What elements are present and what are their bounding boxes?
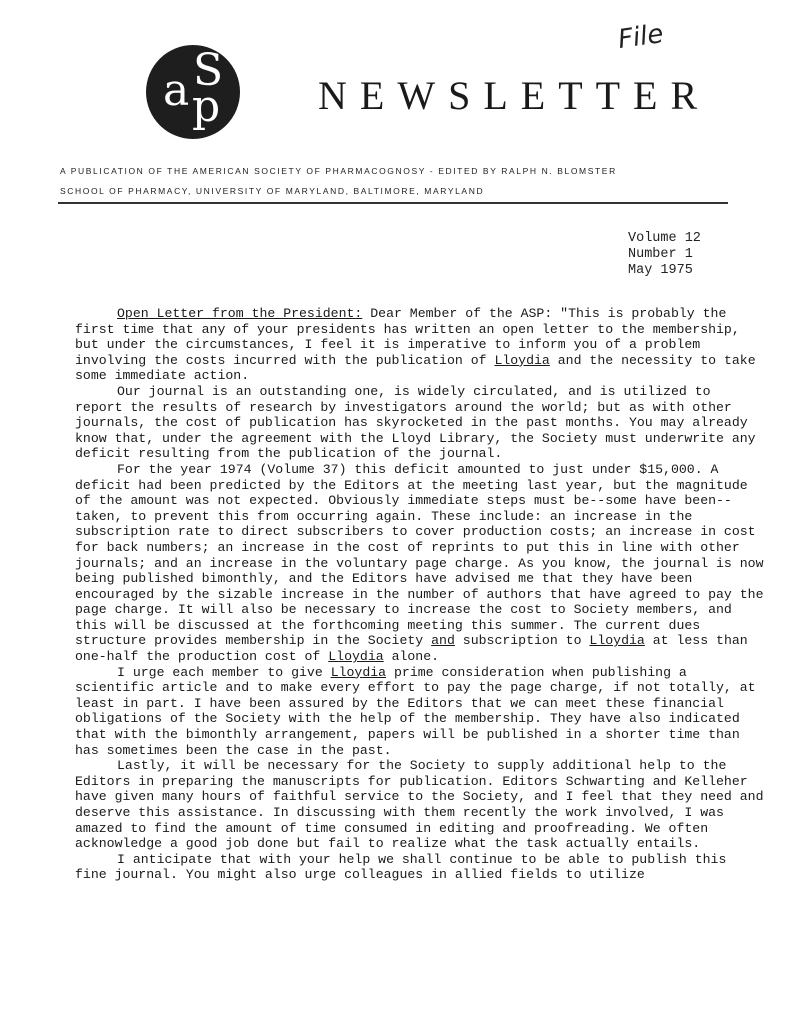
journal-name: Lloydia [494, 353, 549, 368]
journal-name: Lloydia [328, 649, 383, 664]
logo-letter-a: a [163, 69, 189, 113]
paragraph-3: For the year 1974 (Volume 37) this defic… [75, 462, 765, 665]
school-line: SCHOOL OF PHARMACY, UNIVERSITY OF MARYLA… [60, 186, 484, 196]
paragraph-5: Lastly, it will be necessary for the Soc… [75, 758, 765, 852]
handwritten-note: File [616, 19, 665, 55]
logo-letter-p: p [192, 85, 220, 129]
letter-heading: Open Letter from the President: [117, 306, 362, 321]
issue-date: May 1975 [628, 263, 701, 279]
journal-name: Lloydia [331, 665, 386, 680]
asp-logo: a S p [146, 45, 240, 139]
paragraph-1: Open Letter from the President: Dear Mem… [75, 306, 765, 384]
letter-body: Open Letter from the President: Dear Mem… [75, 306, 765, 883]
paragraph-4: I urge each member to give Lloydia prime… [75, 665, 765, 759]
issue-volume: Volume 12 [628, 231, 701, 247]
issue-info: Volume 12 Number 1 May 1975 [628, 231, 701, 279]
header-divider [58, 202, 728, 204]
paragraph-6: I anticipate that with your help we shal… [75, 852, 765, 883]
issue-number: Number 1 [628, 247, 701, 263]
journal-name: Lloydia [589, 633, 644, 648]
publication-line: A PUBLICATION OF THE AMERICAN SOCIETY OF… [60, 166, 760, 176]
newsletter-title: NEWSLETTER [318, 72, 710, 119]
paragraph-2: Our journal is an outstanding one, is wi… [75, 384, 765, 462]
